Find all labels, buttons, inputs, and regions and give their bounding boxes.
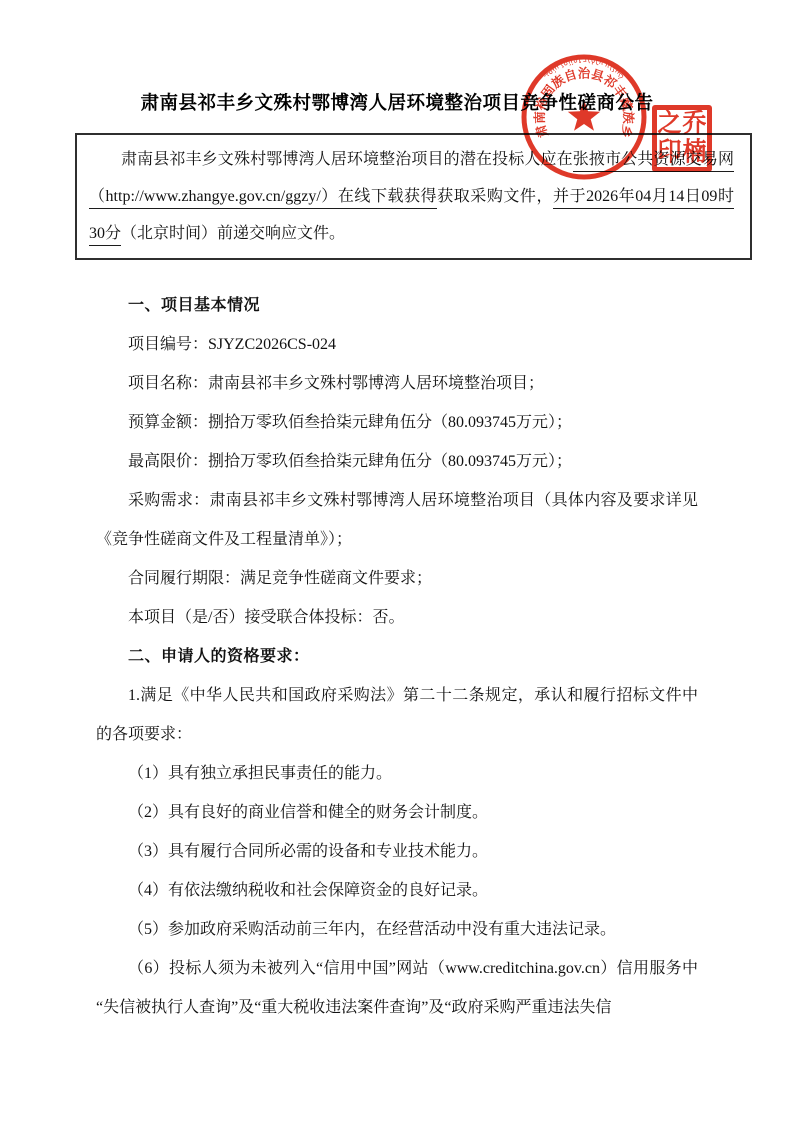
notice-text-segment: 肃南县祁丰乡文殊村鄂博湾人居环境整治项目的潜在投标人应在: [121, 151, 573, 168]
body-paragraph: 1.满足《中华人民共和国政府采购法》第二十二条规定，承认和履行招标文件中的各项要…: [96, 676, 698, 754]
body-paragraph: （6）投标人须为未被列入“信用中国”网站（www.creditchina.gov…: [96, 949, 698, 1027]
body-paragraph: 采购需求：肃南县祁丰乡文殊村鄂博湾人居环境整治项目（具体内容及要求详见《竞争性磋…: [96, 481, 698, 559]
notice-text-segment: （北京时间）前递交响应文件。: [121, 225, 345, 242]
section-heading: 二、申请人的资格要求：: [96, 637, 698, 676]
section-heading: 一、项目基本情况: [96, 286, 698, 325]
body-paragraph: （4）有依法缴纳税收和社会保障资金的良好记录。: [96, 871, 698, 910]
body-paragraph: 预算金额：捌拾万零玖佰叁拾柒元肆角伍分（80.093745万元）；: [96, 403, 698, 442]
body-paragraph: 最高限价：捌拾万零玖佰叁拾柒元肆角伍分（80.093745万元）；: [96, 442, 698, 481]
body-paragraph: 合同履行期限：满足竞争性磋商文件要求；: [96, 559, 698, 598]
body-paragraph: 本项目（是/否）接受联合体投标：否。: [96, 598, 698, 637]
body-paragraph: 项目名称：肃南县祁丰乡文殊村鄂博湾人居环境整治项目；: [96, 364, 698, 403]
notice-text-segment: 获取采购文件，: [437, 188, 553, 205]
document-page: 肃南县祁丰乡文殊村鄂博湾人居环境整治项目竞争性磋商公告 肃南县祁丰乡文殊村鄂博湾…: [0, 0, 793, 1122]
body-paragraph: （5）参加政府采购活动前三年内，在经营活动中没有重大违法记录。: [96, 910, 698, 949]
document-body: 一、项目基本情况项目编号：SJYZC2026CS-024项目名称：肃南县祁丰乡文…: [96, 286, 698, 1027]
document-title: 肃南县祁丰乡文殊村鄂博湾人居环境整治项目竞争性磋商公告: [96, 0, 698, 116]
body-paragraph: （2）具有良好的商业信誉和健全的财务会计制度。: [96, 793, 698, 832]
notice-box: 肃南县祁丰乡文殊村鄂博湾人居环境整治项目的潜在投标人应在张掖市公共资源交易网（h…: [75, 133, 752, 260]
notice-paragraph: 肃南县祁丰乡文殊村鄂博湾人居环境整治项目的潜在投标人应在张掖市公共资源交易网（h…: [89, 141, 734, 252]
body-paragraph: （1）具有独立承担民事责任的能力。: [96, 754, 698, 793]
body-paragraph: 项目编号：SJYZC2026CS-024: [96, 325, 698, 364]
body-paragraph: （3）具有履行合同所必需的设备和专业技术能力。: [96, 832, 698, 871]
document-content: 肃南县祁丰乡文殊村鄂博湾人居环境整治项目竞争性磋商公告 肃南县祁丰乡文殊村鄂博湾…: [96, 0, 698, 1027]
